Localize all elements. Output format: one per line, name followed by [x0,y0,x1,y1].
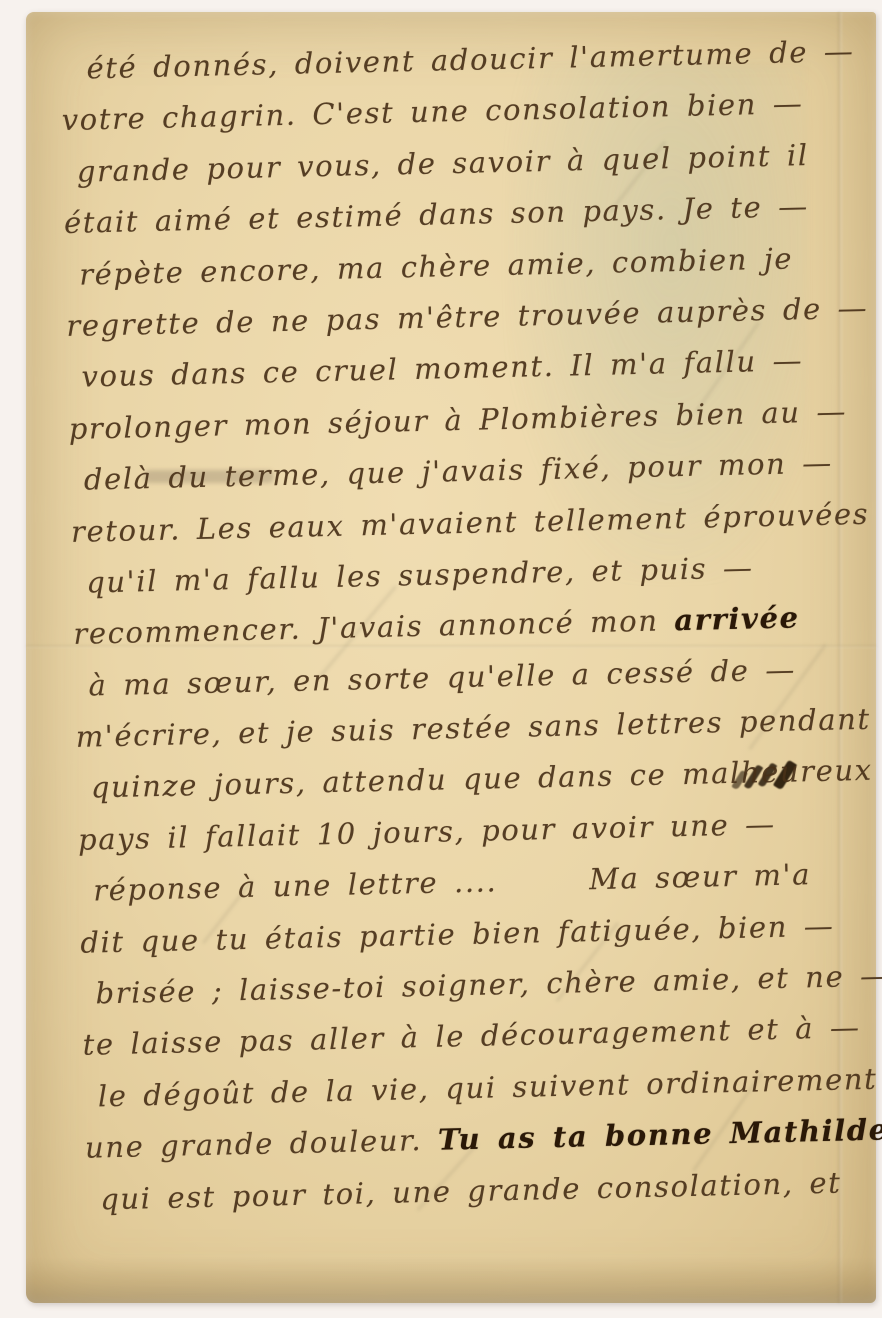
letter-text-segment: arrivée [674,601,800,638]
letter-text-segment: réponse à une lettre .... [93,865,498,908]
letter-text-segment: te laisse pas aller à le découragement e… [82,1011,861,1063]
letter-text-segment: dit que tu étais partie bien fatiguée, b… [80,908,835,959]
letter-text-segment: quinze jours, attendu que dans ce malheu… [91,753,874,805]
letter-text-segment: vous dans ce cruel moment. Il m'a fallu … [81,344,803,394]
letter-text-segment: une grande douleur. [85,1123,439,1165]
letter-text-segment: était aimé et estimé dans son pays. Je t… [64,189,809,240]
letter-text-segment: grande pour vous, de savoir à quel point… [77,138,809,189]
letter-text-segment: delà du terme, que j'avais fixé, pour mo… [84,446,834,497]
letter-page: été donnés, doivent adoucir l'amertume d… [26,12,876,1303]
letter-text-segment: prolonger mon séjour à Plombières bien a… [68,394,847,446]
letter-text-segment: qui est pour toi, une grande consolation… [100,1165,842,1216]
letter-text-segment: été donnés, doivent adoucir l'amertume d… [86,34,855,85]
letter-text-segment: retour. Les eaux m'avaient tellement épr… [71,496,870,548]
letter-lines: été donnés, doivent adoucir l'amertume d… [60,26,875,1226]
letter-text-segment: regrette de ne pas m'être trouvée auprès… [66,291,869,343]
letter-text-segment: brisée ; laisse-toi soigner, chère amie,… [95,958,882,1010]
letter-text-segment: m'écrire, et je suis restée sans lettres… [75,702,871,754]
letter-text-segment: Ma sœur m'a [589,857,812,896]
letter-text-segment: pays il fallait 10 jours, pour avoir une… [78,807,776,857]
letter-text-segment: recommencer. J'avais annoncé mon [73,604,675,652]
letter-text-segment: à ma sœur, en sorte qu'elle a cessé de — [88,652,796,702]
letter-text-segment: répète encore, ma chère amie, combien je [79,241,794,291]
letter-text-segment: votre chagrin. C'est une consolation bie… [61,87,803,138]
letter-text-segment: le dégoût de la vie, qui suivent ordinai… [97,1062,877,1114]
letter-text-segment: Tu as ta bonne Mathilde [438,1113,882,1157]
letter-text-segment: qu'il m'a fallu les suspendre, et puis — [86,550,754,599]
